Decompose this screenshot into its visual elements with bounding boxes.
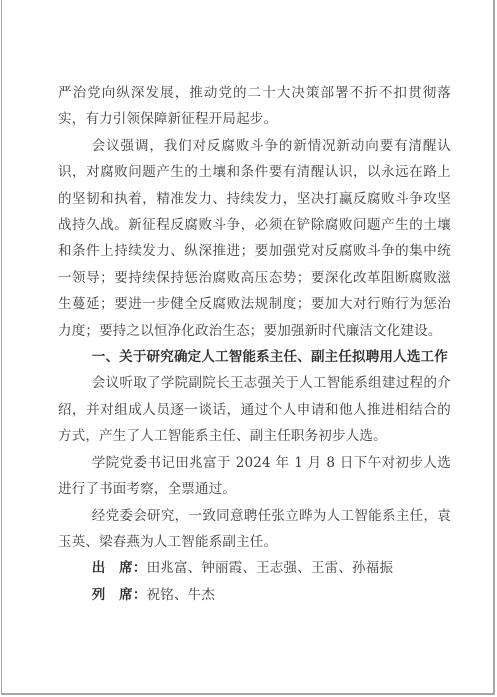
observer-names: 祝铭、牛杰 xyxy=(147,587,216,603)
observer-label: 列 席： xyxy=(92,587,147,603)
paragraph-inspection: 学院党委书记田兆富于 2024 年 1 月 8 日下午对初步人选进行了书面考察，… xyxy=(58,450,451,503)
present-label: 出 席： xyxy=(92,560,147,576)
document-page: 严治党向纵深发展，推动党的二十大决策部署不折不扣贯彻落实，有力引领保障新征程开局… xyxy=(1,0,495,695)
paragraph-decision: 经党委会研究，一致同意聘任张立晔为人工智能系主任，袁玉英、梁春燕为人工智能系副主… xyxy=(58,503,451,556)
attendance-present-line: 出 席：田兆富、钟丽霞、王志强、王雷、孙福振 xyxy=(58,555,451,581)
paragraph-section-intro: 会议听取了学院副院长王志强关于人工智能系组建过程的介绍，并对组成人员逐一谈话，通… xyxy=(58,370,451,449)
paragraph-meeting-emphasis: 会议强调，我们对反腐败斗争的新情况新动向要有清醒认识，对腐败问题产生的土壤和条件… xyxy=(58,133,451,344)
section-heading: 一、关于研究确定人工智能系主任、副主任拟聘用人选工作 xyxy=(58,344,451,370)
document-content: 严治党向纵深发展，推动党的二十大决策部署不折不扣贯彻落实，有力引领保障新征程开局… xyxy=(2,0,493,608)
present-names: 田兆富、钟丽霞、王志强、王雷、孙福振 xyxy=(147,560,394,576)
attendance-observer-line: 列 席：祝铭、牛杰 xyxy=(58,582,451,608)
paragraph-continuation: 严治党向纵深发展，推动党的二十大决策部署不折不扣贯彻落实，有力引领保障新征程开局… xyxy=(58,80,451,133)
